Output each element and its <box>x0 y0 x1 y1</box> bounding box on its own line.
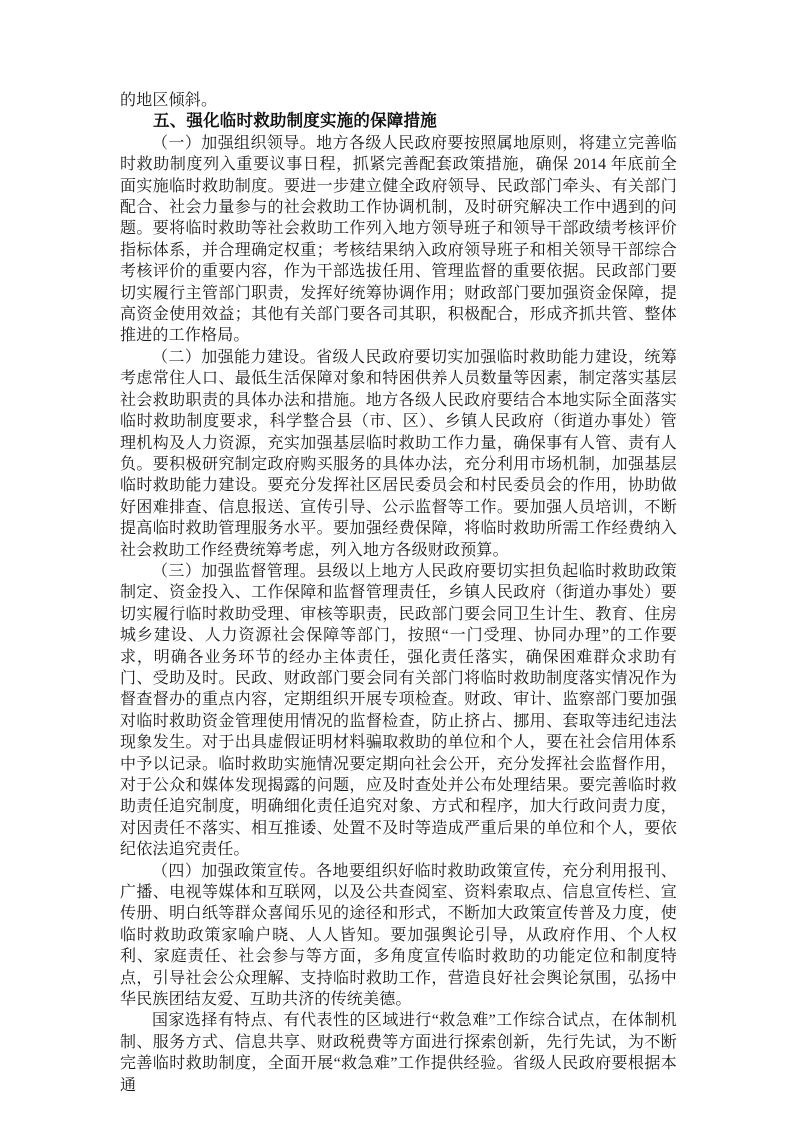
continuation-line: 的地区倾斜。 <box>120 90 677 111</box>
section-heading: 五、强化临时救助制度实施的保障措施 <box>120 111 677 132</box>
paragraph-2-lead: （二）加强能力建设。 <box>152 349 316 366</box>
paragraph-1: （一）加强组织领导。地方各级人民政府要按照属地原则，将建立完善临时救助制度列入重… <box>120 133 677 347</box>
document-page: 的地区倾斜。 五、强化临时救助制度实施的保障措施 （一）加强组织领导。地方各级人… <box>0 0 793 1122</box>
paragraph-3: （三）加强监督管理。县级以上地方人民政府要切实担负起临时救助政策制定、资金投入、… <box>120 561 677 861</box>
paragraph-3-lead: （三）加强监督管理。 <box>152 563 316 580</box>
paragraph-1-text: 地方各级人民政府要按照属地原则，将建立完善临时救助制度列入重要议事日程，抓紧完善… <box>120 135 677 345</box>
document-body: 的地区倾斜。 五、强化临时救助制度实施的保障措施 （一）加强组织领导。地方各级人… <box>120 90 677 1096</box>
paragraph-4-lead: （四）加强政策宣传。 <box>152 863 316 880</box>
paragraph-2-text: 省级人民政府要切实加强临时救助能力建设，统筹考虑常住人口、最低生活保障对象和特困… <box>120 349 677 559</box>
paragraph-4-text: 各地要组织好临时救助政策宣传，充分利用报刊、广播、电视等媒体和互联网，以及公共查… <box>120 863 677 1008</box>
paragraph-2: （二）加强能力建设。省级人民政府要切实加强临时救助能力建设，统筹考虑常住人口、最… <box>120 347 677 561</box>
paragraph-3-text: 县级以上地方人民政府要切实担负起临时救助政策制定、资金投入、工作保障和监督管理责… <box>120 563 677 858</box>
paragraph-5-text: 国家选择有特点、有代表性的区域进行“救急难”工作综合试点，在体制机制、服务方式、… <box>120 1012 677 1093</box>
paragraph-1-lead: （一）加强组织领导。 <box>152 135 316 152</box>
paragraph-4: （四）加强政策宣传。各地要组织好临时救助政策宣传，充分利用报刊、广播、电视等媒体… <box>120 861 677 1011</box>
paragraph-5: 国家选择有特点、有代表性的区域进行“救急难”工作综合试点，在体制机制、服务方式、… <box>120 1010 677 1096</box>
